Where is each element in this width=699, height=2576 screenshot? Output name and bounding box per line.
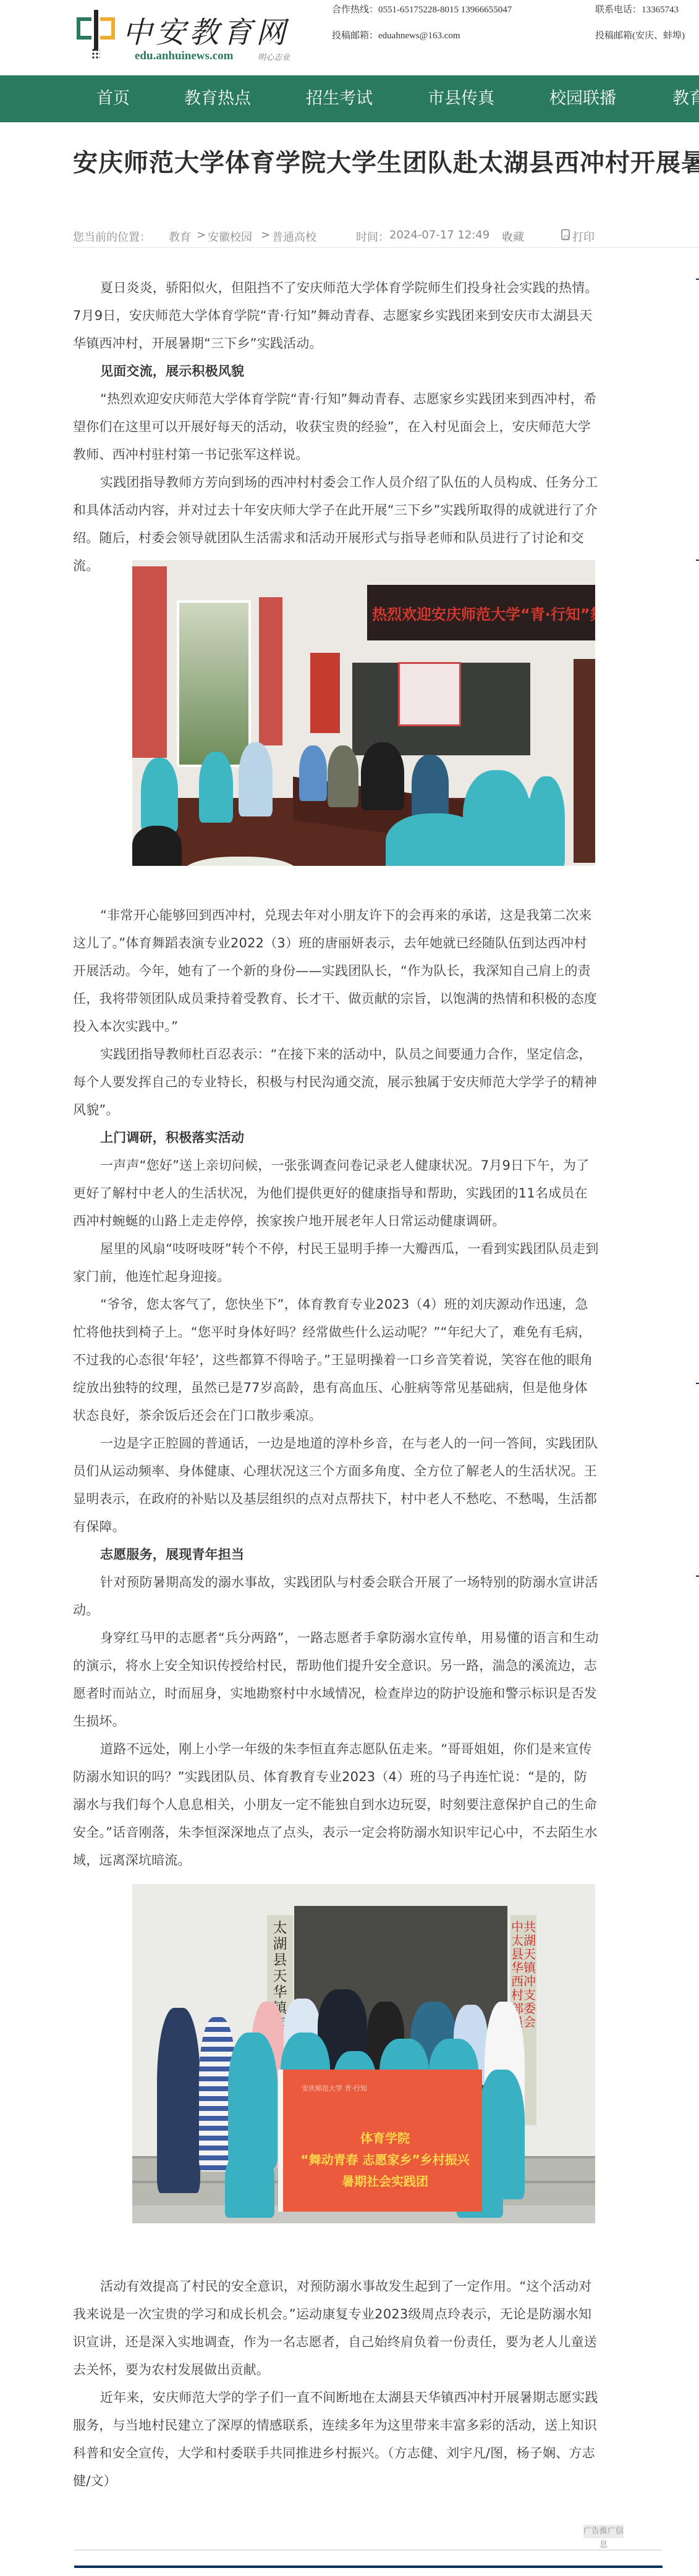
sidebar-fragment	[696, 279, 699, 280]
section-heading: 志愿服务，展现青年担当	[73, 1541, 599, 1569]
breadcrumb-separator: >	[197, 229, 206, 241]
site-logo[interactable]: 中安教育网 edu.anhuinews.com 明心志业	[74, 7, 309, 63]
section-heading: 见面交流，展示积极风貌	[73, 358, 599, 385]
breadcrumb-prefix: 您当前的位置：	[73, 229, 151, 245]
nav-item-city-county[interactable]: 市县传真	[428, 75, 494, 122]
article-meta: 您当前的位置： 教育 > 安徽校园 > 普通高校 时间： 2024-07-17 …	[73, 229, 699, 247]
photo-banner-text: 热烈欢迎安庆师范大学“青·行知”舞动青春·志愿家乡实践团	[372, 602, 595, 624]
nav-item-edu-more[interactable]: 教育	[672, 75, 699, 122]
article-title: 安庆师范大学体育学院大学生团队赴太湖县西冲村开展暑期“三下乡”实践活动	[73, 143, 699, 178]
logo-slogan: 明心志业	[258, 51, 290, 62]
printer-icon	[561, 229, 570, 240]
nav-item-campus[interactable]: 校园联播	[549, 75, 616, 122]
footer-navy-rule	[74, 2566, 663, 2568]
site-header: 中安教育网 edu.anhuinews.com 明心志业 合作热线：0551-6…	[0, 0, 699, 75]
ad-label: 广告推广信息	[583, 2525, 624, 2538]
logo-url: edu.anhuinews.com	[135, 49, 233, 63]
article-paragraph: 夏日炎炎，骄阳似火，但阻挡不了安庆师范大学体育学院师生们投身社会实践的热情。7月…	[73, 274, 599, 358]
article-paragraph: “非常开心能够回到西冲村，兑现去年对小朋友许下的会再来的承诺，这是我第二次来这儿…	[73, 902, 599, 1041]
photo-flag: 安庆师范大学 青·行知 体育学院 “舞动青春 志愿家乡”乡村振兴 暑期社会实践团	[278, 2070, 482, 2212]
article-paragraph: 针对预防暑期高发的溺水事故，实践团队与村委会联合开展了一场特别的防溺水宣讲活动。	[73, 1569, 599, 1624]
article-paragraph: “爷爷，您太客气了，您快坐下”，体育教育专业2023（4）班的刘庆源动作迅速，急…	[73, 1291, 599, 1430]
contact-phone: 联系电话：13365743	[595, 2, 679, 15]
coop-hotline: 合作热线：0551-65175228-8015 13966655047	[332, 2, 512, 15]
breadcrumb-item-anhui-campus[interactable]: 安徽校园	[208, 229, 252, 245]
article-paragraph: “热烈欢迎安庆师范大学体育学院“青·行知”舞动青春、志愿家乡实践团来到西冲村，希…	[73, 385, 599, 469]
breadcrumb-item-edu[interactable]: 教育	[169, 229, 191, 245]
print-button[interactable]: 打印	[561, 229, 572, 241]
breadcrumb-item-universities[interactable]: 普通高校	[272, 229, 316, 245]
submit-email-regional: 投稿邮箱(安庆、蚌埠)	[595, 28, 685, 41]
section-heading: 上门调研，积极落实活动	[73, 1124, 599, 1152]
submit-email: 投稿邮箱：eduahnews@163.com	[332, 28, 460, 41]
nav-item-home[interactable]: 首页	[96, 75, 130, 122]
sidebar-fragment	[696, 560, 699, 561]
article-paragraph: 身穿红马甲的志愿者“兵分两路”，一路志愿者手拿防溺水宣传单，用易懂的语言和生动的…	[73, 1624, 599, 1735]
article-paragraph: 活动有效提高了村民的安全意识，对预防溺水事故发生起到了一定作用。“这个活动对我来…	[73, 2273, 599, 2384]
article-paragraph: 实践团指导教师杜百忍表示：“在接下来的活动中，队员之间要通力合作，坚定信念，每个…	[73, 1041, 599, 1124]
sidebar-fragment	[696, 1383, 699, 1384]
breadcrumb-separator: >	[261, 229, 270, 241]
article-paragraph: 道路不远处，刚上小学一年级的朱李恒直奔志愿队伍走来。“哥哥姐姐，你们是来宣传防溺…	[73, 1735, 599, 1874]
photo-group: 太湖县天华镇西冲 中共太湖县天华镇西冲村支部委员会 安庆师范大学 青·行知 体育…	[132, 1884, 595, 2223]
nav-item-edu-hotspot[interactable]: 教育热点	[184, 75, 251, 122]
article-paragraph: 近年来，安庆师范大学的学子们一直不间断地在太湖县天华镇西冲村开展暑期志愿实践服务…	[73, 2384, 599, 2495]
article-paragraph: 一边是字正腔圆的普通话，一边是地道的淳朴乡音，在与老人的一问一答间，实践团队员们…	[73, 1430, 599, 1541]
logo-mark-icon	[74, 7, 117, 60]
photo-meeting: 热烈欢迎安庆师范大学“青·行知”舞动青春·志愿家乡实践团	[132, 560, 595, 866]
publish-time: 2024-07-17 12:49	[389, 229, 489, 241]
meta-divider	[73, 247, 699, 248]
footer-divider	[74, 2549, 663, 2551]
article-paragraph: 一声声“您好”送上亲切问候，一张张调查问卷记录老人健康状况。7月9日下午，为了更…	[73, 1152, 599, 1235]
article-paragraph: 屋里的风扇“吱呀吱呀”转个不停，村民王显明手捧一大瓣西瓜，一看到实践团队员走到家…	[73, 1235, 599, 1291]
main-nav: 首页 教育热点 招生考试 市县传真 校园联播 教育	[0, 75, 699, 122]
time-label: 时间：	[356, 229, 389, 245]
sidebar-fragment	[696, 1575, 699, 1577]
logo-name: 中安教育网	[122, 9, 289, 51]
nav-item-admissions[interactable]: 招生考试	[306, 75, 373, 122]
